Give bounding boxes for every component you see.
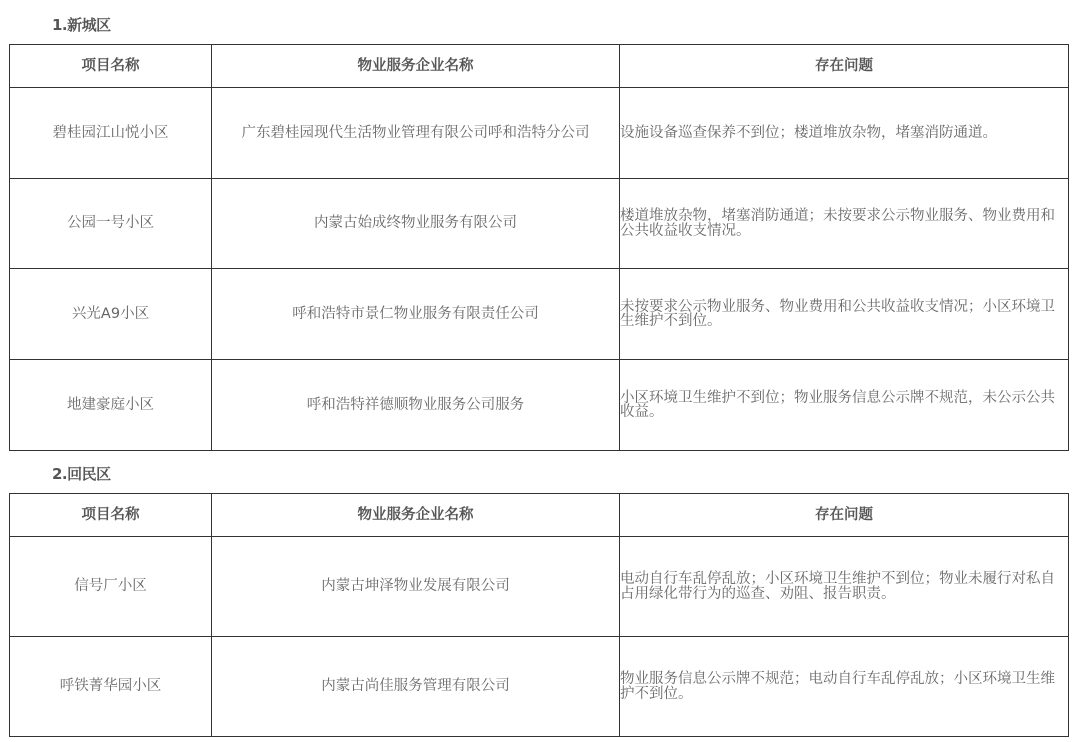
company-name: 内蒙古尚佳服务管理有限公司 <box>212 637 620 737</box>
table-row: 信号厂小区 内蒙古坤泽物业发展有限公司 电动自行车乱停乱放；小区环境卫生维护不到… <box>10 537 1069 637</box>
table-row: 碧桂园江山悦小区 广东碧桂园现代生活物业管理有限公司呼和浩特分公司 设施设备巡查… <box>10 88 1069 179</box>
table-header-row: 项目名称 物业服务企业名称 存在问题 <box>10 494 1069 537</box>
issues: 楼道堆放杂物，堵塞消防通道；未按要求公示物业服务、物业费用和公共收益收支情况。 <box>620 179 1069 269</box>
company-name: 内蒙古坤泽物业发展有限公司 <box>212 537 620 637</box>
table-row: 公园一号小区 内蒙古始成终物业服务有限公司 楼道堆放杂物，堵塞消防通道；未按要求… <box>10 179 1069 269</box>
company-name: 内蒙古始成终物业服务有限公司 <box>212 179 620 269</box>
project-name: 呼铁菁华园小区 <box>10 637 212 737</box>
table-row: 地建豪庭小区 呼和浩特祥德顺物业服务公司服务 小区环境卫生维护不到位；物业服务信… <box>10 360 1069 451</box>
huimin-table: 项目名称 物业服务企业名称 存在问题 信号厂小区 内蒙古坤泽物业发展有限公司 电… <box>9 493 1069 737</box>
company-name: 广东碧桂园现代生活物业管理有限公司呼和浩特分公司 <box>212 88 620 179</box>
header-company-name: 物业服务企业名称 <box>212 45 620 88</box>
table-header-row: 项目名称 物业服务企业名称 存在问题 <box>10 45 1069 88</box>
header-issues: 存在问题 <box>620 45 1069 88</box>
section-title-xincheng: 1.新城区 <box>52 14 111 35</box>
company-name: 呼和浩特市景仁物业服务有限责任公司 <box>212 269 620 360</box>
table-row: 呼铁菁华园小区 内蒙古尚佳服务管理有限公司 物业服务信息公示牌不规范；电动自行车… <box>10 637 1069 737</box>
issues: 未按要求公示物业服务、物业费用和公共收益收支情况；小区环境卫生维护不到位。 <box>620 269 1069 360</box>
project-name: 碧桂园江山悦小区 <box>10 88 212 179</box>
issues: 电动自行车乱停乱放；小区环境卫生维护不到位；物业未履行对私自占用绿化带行为的巡查… <box>620 537 1069 637</box>
project-name: 公园一号小区 <box>10 179 212 269</box>
section-title-huimin: 2.回民区 <box>52 463 111 484</box>
table-row: 兴光A9小区 呼和浩特市景仁物业服务有限责任公司 未按要求公示物业服务、物业费用… <box>10 269 1069 360</box>
project-name: 兴光A9小区 <box>10 269 212 360</box>
header-project-name: 项目名称 <box>10 494 212 537</box>
header-company-name: 物业服务企业名称 <box>212 494 620 537</box>
issues: 物业服务信息公示牌不规范；电动自行车乱停乱放；小区环境卫生维护不到位。 <box>620 637 1069 737</box>
project-name: 信号厂小区 <box>10 537 212 637</box>
header-project-name: 项目名称 <box>10 45 212 88</box>
company-name: 呼和浩特祥德顺物业服务公司服务 <box>212 360 620 451</box>
issues: 设施设备巡查保养不到位；楼道堆放杂物，堵塞消防通道。 <box>620 88 1069 179</box>
issues: 小区环境卫生维护不到位；物业服务信息公示牌不规范，未公示公共收益。 <box>620 360 1069 451</box>
header-issues: 存在问题 <box>620 494 1069 537</box>
project-name: 地建豪庭小区 <box>10 360 212 451</box>
xincheng-table: 项目名称 物业服务企业名称 存在问题 碧桂园江山悦小区 广东碧桂园现代生活物业管… <box>9 44 1069 451</box>
